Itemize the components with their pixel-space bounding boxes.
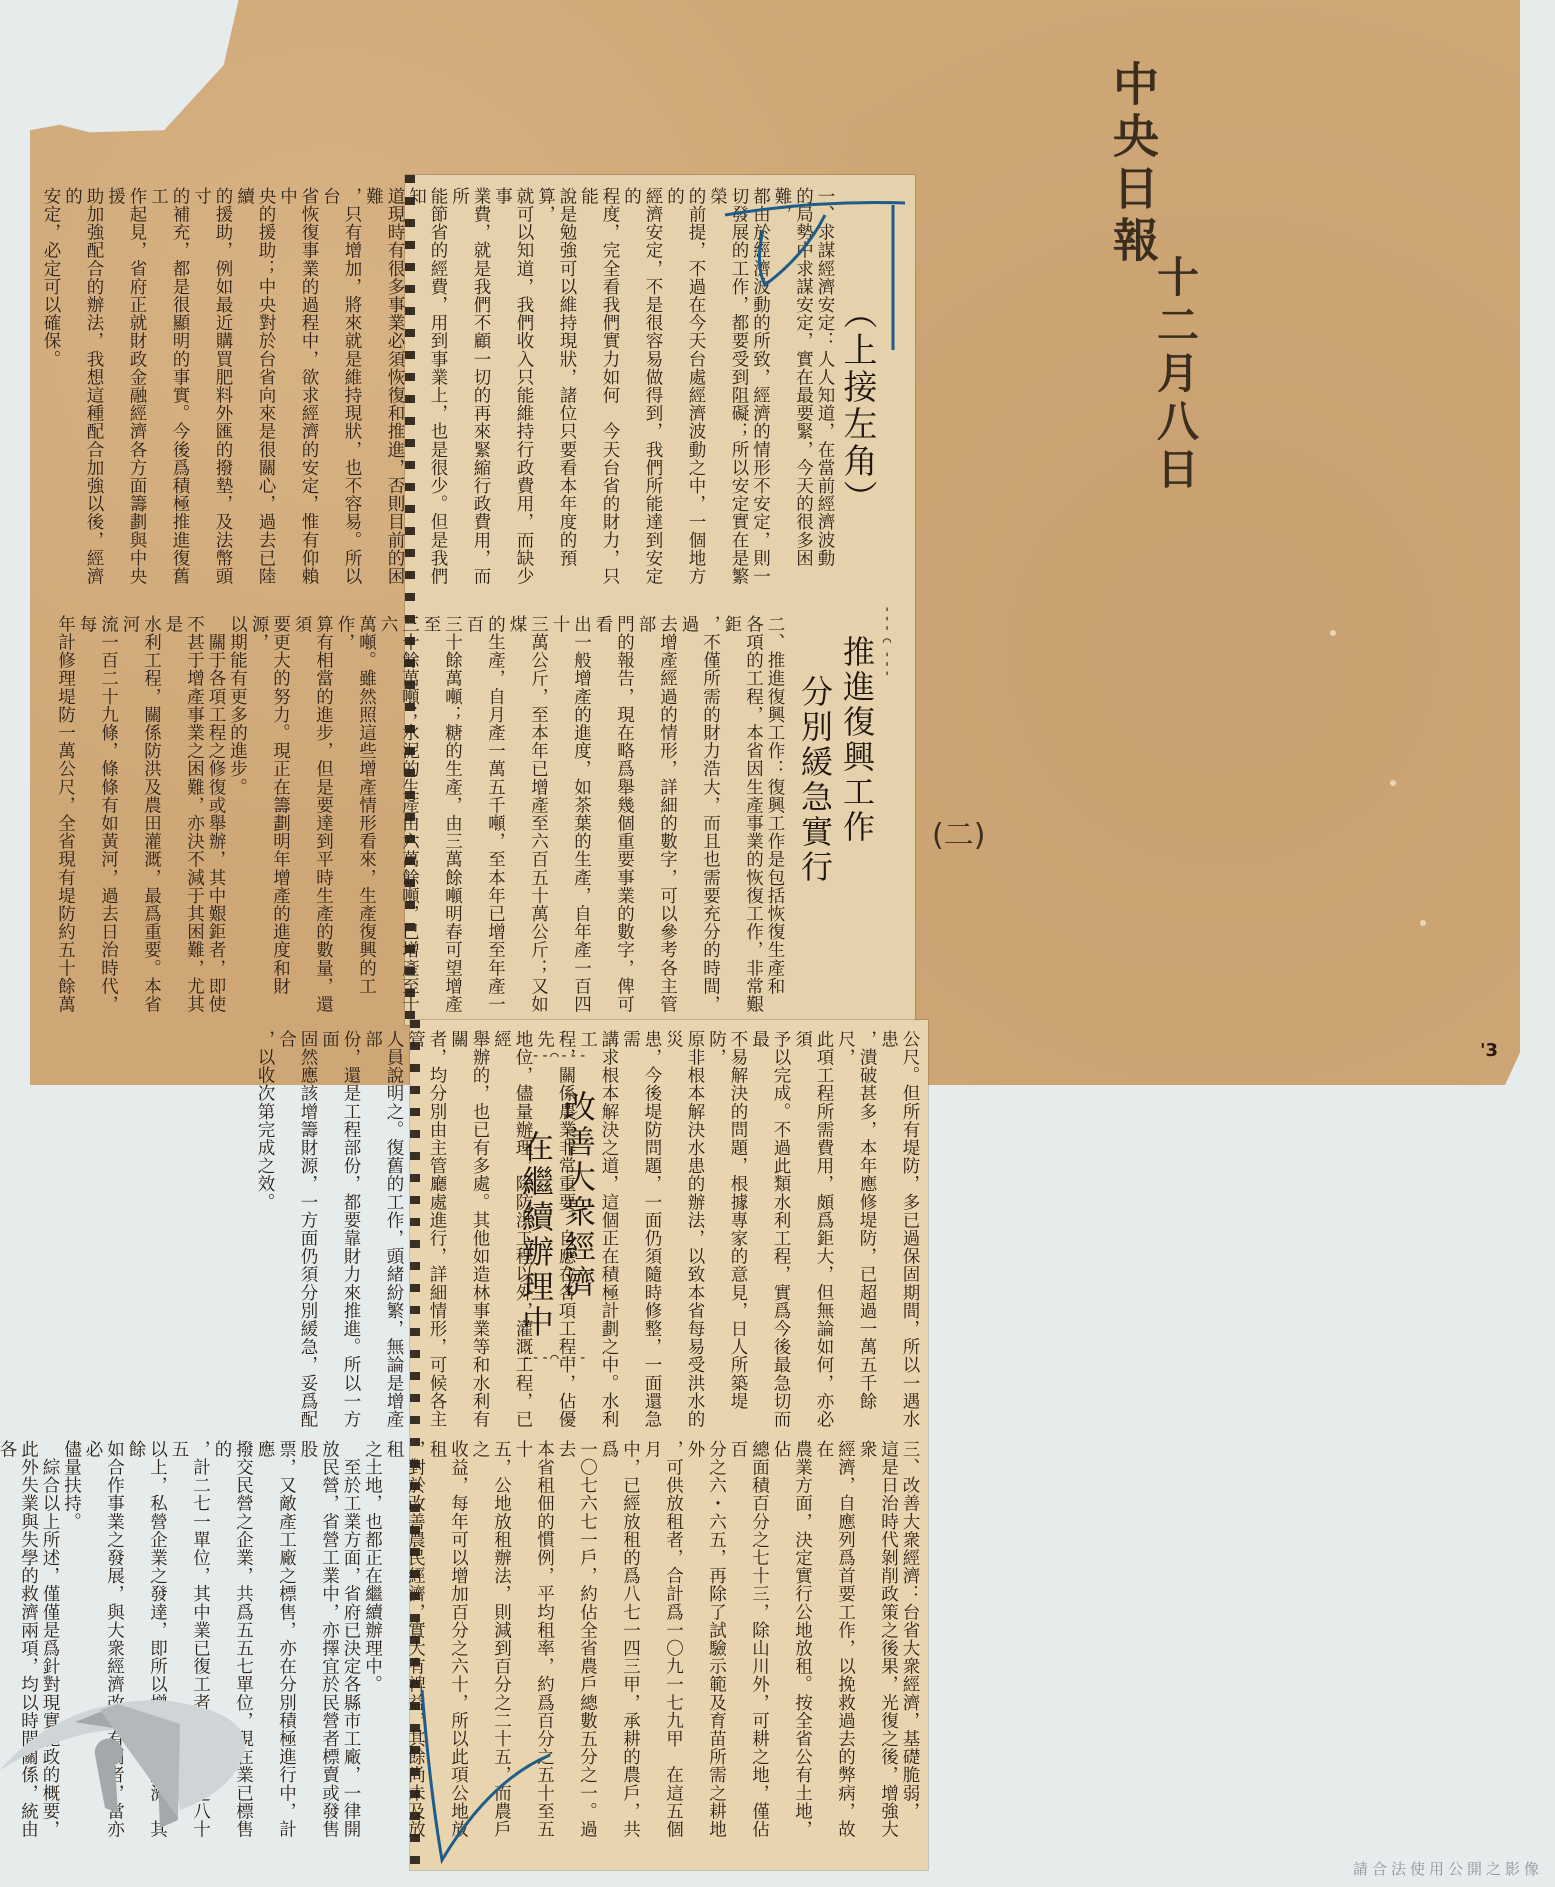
article-line: 原非根本解決水患的辦法，以致本省每易受洪水的災 — [662, 1030, 705, 1430]
article-line: 此項工程所需費用，頗爲鉅大，但無論如何，亦必須 — [791, 1030, 834, 1430]
article-line: 患，今後堤防問題，一面仍須隨時修整，一面還急需 — [619, 1030, 662, 1430]
article-line: 業費，就是我們不顧一切的再來緊縮行政費用，而所 — [448, 187, 491, 587]
article-line: 各項的工程，本省因生產事業的恢復工作，非常艱鉅 — [721, 615, 764, 1015]
article-line: ，不僅所需的財力浩大，而且也需要充分的時間，過 — [678, 615, 721, 1015]
paper-damage-spot — [1420, 920, 1426, 926]
article-line: 二、推進復興工作：復興工作是包括恢復生產和 — [764, 615, 786, 1015]
paper-damage-spot — [1330, 630, 1336, 636]
article-line: 出一般增產的進度，如茶葉的生產，自年產一百四十 — [549, 615, 592, 1015]
article-line: 至於工業方面，省府已決定各縣市工廠，一律開 — [340, 1440, 362, 1840]
article-line: 年計修理堤防一萬公尺，全省現有堤防約五十餘萬 — [54, 615, 76, 1015]
article-line: 份，還是工程部份，都要靠財力來推進。所以一方面 — [318, 1030, 361, 1430]
article-line: 能節省的經費，用到事業上，也是很少。但是我們知 — [405, 187, 448, 587]
paper-damage-spot — [1390, 780, 1396, 786]
article-line: 的前提，不過在今天台處經濟波動之中，一個地方的 — [663, 187, 706, 587]
article-line: 不易解決的問題，根據專家的意見，日人所築堤防， — [705, 1030, 748, 1430]
article-line: 的援助，例如最近購買肥料外匯的撥墊，及法幣頭寸 — [190, 187, 233, 587]
article-line: 的補充，都是很顯明的事實。今後爲積極推進復舊工 — [147, 187, 190, 587]
article-line: 者，均分別由主管廳處進行，詳細情形，可候各主管 — [404, 1030, 447, 1430]
handwritten-newspaper-name: 中央日報 — [1100, 60, 1166, 268]
handwritten-date: 十二月八日 — [1145, 255, 1205, 495]
article-line: 助加強配合的辦法，我想這種配合加強以後，經濟的 — [61, 187, 104, 587]
article-line: ，潰破甚多，本年應修堤防，已超過一萬五千餘尺， — [834, 1030, 877, 1430]
article-line: 道現時有很多事業必須恢復和推進，否則目前的困難 — [362, 187, 405, 587]
article-section-two: 二、推進復興工作：復興工作是包括恢復生產和各項的工程，本省因生產事業的恢復工作，… — [54, 615, 785, 1015]
article-line: ，可供放租者，合計爲一〇九一七九甲 在這五個月 — [641, 1440, 684, 1840]
usage-notice: 請合法使用公開之影像 — [1353, 1858, 1543, 1879]
article-line: 就可以知道，我們收入只能維持行政費用，而缺少事 — [491, 187, 534, 587]
blue-check-mark-icon — [410, 1670, 560, 1870]
article-line: 三、改善大衆經濟：台省大衆經濟，基礎脆弱， — [899, 1440, 921, 1840]
article-line: 安定，必定可以確保。 — [40, 187, 62, 587]
article-line: 這是日治時代剝削政策之後果，光復之後，增強大衆 — [856, 1440, 899, 1840]
article-line: 放民營，省營工業中，亦擇宜於民營者標賣或發售股 — [297, 1440, 340, 1840]
book-keyhole-logo-icon — [0, 1700, 260, 1840]
article-line: ，以收次第完成之效。 — [254, 1030, 276, 1430]
article-line: 算有相當的進步，但是要達到平時生產的數量，還須 — [291, 615, 334, 1015]
article-line: 三十餘萬噸；糖的生產，由三萬餘噸明春可望增產至 — [420, 615, 463, 1015]
article-line: 門的報告，現在略爲舉幾個重要事業的數字，俾可看 — [592, 615, 635, 1015]
headline-two-line-1: 推進復興工作 — [837, 635, 877, 845]
newspaper-clipping-bottom: 公尺。但所有堤防，多已過保固期間，所以一遇水患，潰破甚多，本年應修堤防，已超過一… — [410, 1020, 928, 1870]
article-line: 三萬公斤，至本年已增產至六百五十萬公斤；又如煤 — [506, 615, 549, 1015]
headline-ornament: ---⌒--- — [879, 605, 895, 679]
article-line: 分之六・六五，再除了試驗示範及育苗所需之耕地外 — [684, 1440, 727, 1840]
article-line: 萬噸。雖然照這些增產情形看來，生產復興的工作， — [334, 615, 377, 1015]
headline-ornament: ---⌒--- — [522, 1350, 588, 1366]
article-line: 之土地，也都正在繼續辦理中。 — [361, 1440, 383, 1840]
article-line: 固然應該增籌財源，一方面仍須分別緩急，妥爲配合 — [275, 1030, 318, 1430]
article-line: 不甚于增產事業之困難，亦決不減于其困難，尤其是 — [162, 615, 205, 1015]
article-line: 經濟安定，不是很容易做得到，我們所能達到安定的 — [620, 187, 663, 587]
handwritten-section-marker: (二) — [932, 810, 985, 854]
article-line: 一〇七六七一戶，約佔全省農戶總數五分之一。過去 — [555, 1440, 598, 1840]
article-line: 流一百二十九條，條條有如黃河，過去日治時代，每 — [76, 615, 119, 1015]
headline-three-line-2: 在繼續辦理中 — [516, 1130, 556, 1340]
article-line: ，只有增加，將來就是維持現狀，也不容易。所以台 — [319, 187, 362, 587]
article-line: 程度，完全看我們實力如何 今天台省的財力，只能 — [577, 187, 620, 587]
article-line: 說是勉強可以維持現狀，諸位只要看本年度的預算， — [534, 187, 577, 587]
article-line: 去增產經過的情形，詳細的數字，可以參考各主管部 — [635, 615, 678, 1015]
article-line: 農業方面，決定實行公地放租。按全省公有土地，佔 — [770, 1440, 813, 1840]
newspaper-clipping-top: （上接左角） 一、求謀經濟安定：人人知道，在當前經濟波動的局勢中求謀安定，實在最… — [405, 175, 915, 1025]
article-line: 予以完成。不過此類水利工程，實爲今後最急切而最 — [748, 1030, 791, 1430]
headline-three-line-1: 改善大衆經濟 — [558, 1090, 598, 1300]
article-line: 作起見，省府正就財政金融經濟各方面籌劃與中央援 — [104, 187, 147, 587]
article-line: 經濟，自應列爲首要工作，以挽救過去的弊病，故在 — [813, 1440, 856, 1840]
article-line: 總面積百分之七十三，除山川外，可耕之地，僅佔百 — [727, 1440, 770, 1840]
headline-two-line-2: 分別緩急實行 — [795, 675, 835, 885]
article-line: 公尺。但所有堤防，多已過保固期間，所以一遇水患 — [877, 1030, 920, 1430]
headline-ornament: ---⌒--- — [522, 1048, 588, 1064]
blue-check-mark-icon — [715, 175, 915, 375]
article-line: 中，已經放租的爲八七一四三甲，承耕的農戶，共爲 — [598, 1440, 641, 1840]
article-line: 人員說明之。復舊的工作，頭緒紛繁，無論是增產部 — [361, 1030, 404, 1430]
article-line: 水利工程，關係防洪及農田灌溉，最爲重要。本省河 — [119, 615, 162, 1015]
article-line: 省恢復事業的過程中，欲求經濟的安定，惟有仰賴中 — [276, 187, 319, 587]
handwritten-page-mark: '3 — [1480, 1040, 1498, 1061]
article-line: 央的援助；中央對於台省向來是很關心，過去已陸續 — [233, 187, 276, 587]
article-line: 三十餘萬噸；水泥的生產由六萬餘噸，已增產至十六 — [377, 615, 420, 1015]
article-line: 要更大的努力。現正在籌劃明年增產的進度和財源， — [248, 615, 291, 1015]
article-line: 的生產，自月產一萬五千噸，至本年已增至年產一百 — [463, 615, 506, 1015]
article-line: 以期能有更多的進步。 — [226, 615, 248, 1015]
article-line: 關于各項工程之修復或舉辦，其中艱鉅者，即使 — [205, 615, 227, 1015]
article-line: 舉辦的，也已有多處。其他如造林事業等和水利有關 — [447, 1030, 490, 1430]
